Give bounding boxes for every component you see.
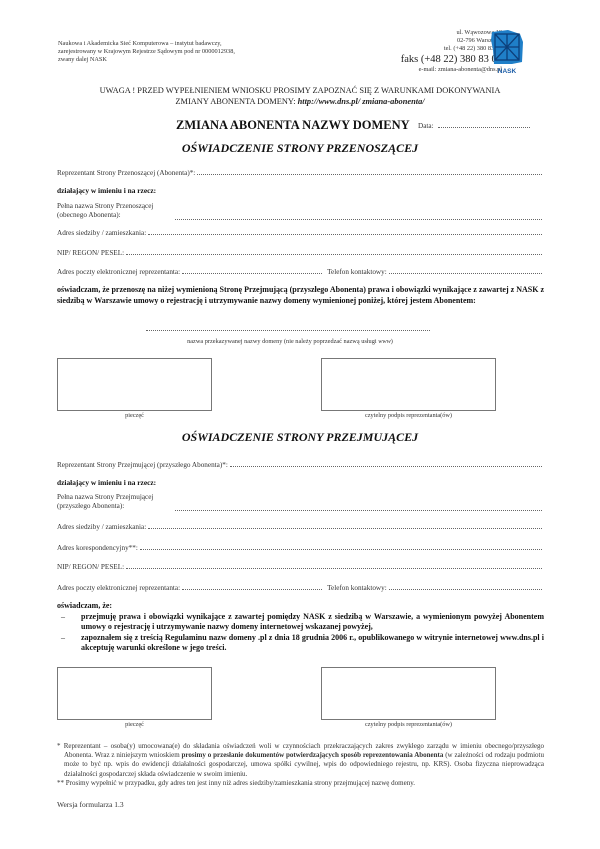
s2-email-label: Adres poczty elektronicznej reprezentant… <box>57 584 180 592</box>
s2-declare-label: oświadczam, że: <box>57 601 544 612</box>
nask-logo-icon: NASK <box>490 28 524 78</box>
s2-full-name-label-1: Pełna nazwa Strony Przejmującej <box>57 493 542 502</box>
warning-line-1: UWAGA ! PRZED WYPEŁNIENIEM WNIOSKU PROSI… <box>20 85 580 96</box>
contact-fax: faks (+48 22) 380 83 01 <box>370 54 502 66</box>
s2-nip-field[interactable]: NIP/ REGON/ PESEL: <box>57 562 542 571</box>
s1-full-name-field[interactable]: Pełna nazwa Strony Przenoszącej (obecneg… <box>57 202 542 222</box>
form-version: Wersja formularza 1.3 <box>57 800 124 809</box>
s2-signature-caption: czytelny podpis reprezentanta(ów) <box>321 721 496 728</box>
s1-acting-label: działający w imieniu i na rzecz: <box>57 186 156 195</box>
s1-nip-label: NIP/ REGON/ PESEL: <box>57 249 124 257</box>
contact-email: e-mail: zmiana-abonenta@dns.pl <box>370 66 502 74</box>
date-label: Data: <box>418 122 434 130</box>
s1-domain-caption: nazwa przekazywanej nazwy domeny (nie na… <box>130 338 450 345</box>
form-title: ZMIANA ABONENTA NAZWY DOMENY <box>176 118 410 133</box>
nask-logo: NASK <box>490 28 524 78</box>
s1-address-label: Adres siedziby / zamieszkania: <box>57 229 146 237</box>
s1-nip-field[interactable]: NIP/ REGON/ PESEL: <box>57 248 542 257</box>
s1-signature-caption: czytelny podpis reprezentanta(ów) <box>321 412 496 419</box>
section-title-receiving: OŚWIADCZENIE STRONY PRZEJMUJĄCEJ <box>0 430 600 445</box>
org-line-1: Naukowa i Akademicka Sieć Komputerowa – … <box>58 40 288 48</box>
s1-email-input[interactable] <box>182 267 322 274</box>
s2-stamp-caption: pieczęć <box>57 721 212 728</box>
s1-full-name-label-1: Pełna nazwa Strony Przenoszącej <box>57 202 542 211</box>
section-title-transferring: OŚWIADCZENIE STRONY PRZENOSZĄCEJ <box>0 141 600 156</box>
s1-stamp-caption: pieczęć <box>57 412 212 419</box>
s2-phone-label: Telefon kontaktowy: <box>327 584 387 592</box>
s2-correspondence-field[interactable]: Adres korespondencyjny**: <box>57 543 542 552</box>
s2-nip-label: NIP/ REGON/ PESEL: <box>57 563 124 571</box>
s1-domain-input[interactable] <box>146 330 430 331</box>
s2-correspondence-label: Adres korespondencyjny**: <box>57 544 138 552</box>
s2-acting-label: działający w imieniu i na rzecz: <box>57 478 156 487</box>
s2-address-label: Adres siedziby / zamieszkania: <box>57 523 146 531</box>
organization-info: Naukowa i Akademicka Sieć Komputerowa – … <box>58 40 288 65</box>
contact-tel: tel. (+48 22) 380 83 00 <box>370 45 502 53</box>
s1-phone-label: Telefon kontaktowy: <box>327 268 387 276</box>
warning-notice: UWAGA ! PRZED WYPEŁNIENIEM WNIOSKU PROSI… <box>20 85 580 107</box>
s1-representative-field[interactable]: Reprezentant Strony Przenoszącej (Abonen… <box>57 168 542 177</box>
warning-link[interactable]: http://www.dns.pl/ zmiana-abonenta/ <box>298 97 425 106</box>
contact-info: ul. Wąwozowa 18 02-796 Warszawa tel. (+4… <box>370 29 502 74</box>
s2-stamp-box[interactable] <box>57 667 212 720</box>
s2-address-field[interactable]: Adres siedziby / zamieszkania: <box>57 522 542 531</box>
s2-contact-row: Adres poczty elektronicznej reprezentant… <box>57 583 542 592</box>
s1-stamp-box[interactable] <box>57 358 212 411</box>
s2-declaration-item: przejmuję prawa i obowiązki wynikające z… <box>57 612 544 633</box>
s2-signature-box[interactable] <box>321 667 496 720</box>
s1-signature-box[interactable] <box>321 358 496 411</box>
s1-email-label: Adres poczty elektronicznej reprezentant… <box>57 268 180 276</box>
footnotes: * Reprezentant – osoba(y) umocowana(e) d… <box>57 742 544 788</box>
s2-declarations: oświadczam, że: przejmuję prawa i obowią… <box>57 601 544 654</box>
org-line-3: zwany dalej NASK <box>58 56 288 64</box>
s1-statement: oświadczam, że przenoszę na niżej wymien… <box>57 285 544 306</box>
contact-street: ul. Wąwozowa 18 <box>370 29 502 37</box>
footnote-correspondence: ** Prosimy wypełnić w przypadku, gdy adr… <box>57 779 544 788</box>
s2-declaration-item: zapoznałem się z treścią Regulaminu nazw… <box>57 633 544 654</box>
org-line-2: zarejestrowany w Krajowym Rejestrze Sądo… <box>58 48 288 56</box>
s1-phone-input[interactable] <box>389 267 542 274</box>
s2-representative-field[interactable]: Reprezentant Strony Przejmującej (przysz… <box>57 460 542 469</box>
warning-line-2: ZMIANY ABONENTA DOMENY: <box>175 97 297 106</box>
s2-full-name-field[interactable]: Pełna nazwa Strony Przejmującej (przyszł… <box>57 493 542 513</box>
s1-contact-row: Adres poczty elektronicznej reprezentant… <box>57 267 542 276</box>
svg-text:NASK: NASK <box>498 68 517 75</box>
footnote-representative: * Reprezentant – osoba(y) umocowana(e) d… <box>57 742 544 779</box>
s2-phone-input[interactable] <box>389 583 542 590</box>
s1-address-field[interactable]: Adres siedziby / zamieszkania: <box>57 228 542 237</box>
contact-city: 02-796 Warszawa <box>370 37 502 45</box>
date-field[interactable]: Data: <box>418 122 530 130</box>
s1-representative-label: Reprezentant Strony Przenoszącej (Abonen… <box>57 169 195 177</box>
s2-email-input[interactable] <box>182 583 322 590</box>
s2-representative-label: Reprezentant Strony Przejmującej (przysz… <box>57 461 228 469</box>
